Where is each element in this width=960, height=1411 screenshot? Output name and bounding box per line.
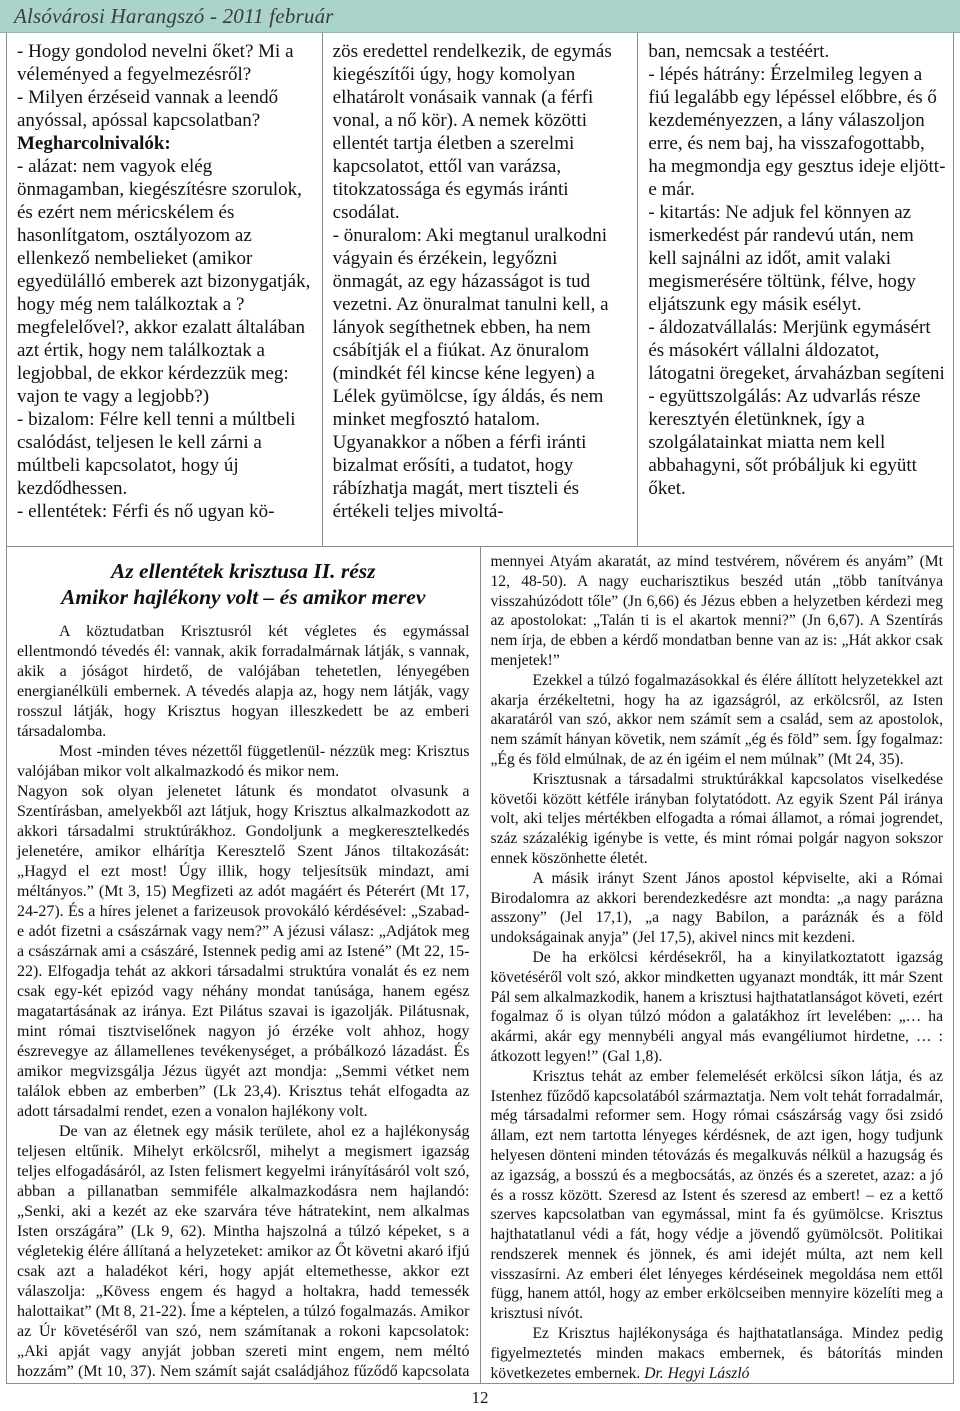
article-right-column: mennyei Atyám akaratát, az mind testvére… — [480, 547, 954, 1383]
paragraph: Ezekkel a túlzó fogalmazásokkal és élére… — [491, 671, 944, 770]
paragraph: Krisztusnak a társadalmi struktúrákkal k… — [491, 770, 944, 869]
paragraph: A másik irányt Szent János apostol képvi… — [491, 869, 944, 948]
paragraph: Ez Krisztus hajlékonysága és hajthatatla… — [491, 1324, 944, 1383]
newsletter-title: Alsóvárosi Harangszó - 2011 február — [14, 4, 334, 29]
page-footer: 12 — [0, 1384, 960, 1411]
paragraph: - együttszolgálás: Az udvarlás része ker… — [648, 385, 946, 500]
article-left-column: Az ellentétek krisztusa II. rész Amikor … — [7, 547, 480, 1383]
top-column-2: zös eredettel rendelkezik, de egymás kie… — [322, 33, 638, 546]
paragraph: - kitartás: Ne adjuk fel könnyen az isme… — [648, 201, 946, 316]
paragraph: - Hogy gondolod nevelni őket? Mi a vélem… — [17, 40, 315, 86]
article-title-line2: Amikor hajlékony volt – és amikor merev — [17, 584, 470, 610]
top-column-1: - Hogy gondolod nevelni őket? Mi a vélem… — [7, 33, 322, 546]
paragraph: - alázat: nem vagyok elég önmagamban, ki… — [17, 155, 315, 408]
page-number: 12 — [472, 1388, 489, 1408]
paragraph: mennyei Atyám akaratát, az mind testvére… — [491, 552, 944, 671]
paragraph: - áldozatvállalás: Merjünk egymásért és … — [648, 316, 946, 385]
header-bar: Alsóvárosi Harangszó - 2011 február — [0, 0, 960, 33]
bottom-article-section: Az ellentétek krisztusa II. rész Amikor … — [7, 547, 953, 1383]
paragraph: Krisztus tehát az ember felemelését erkö… — [491, 1067, 944, 1324]
paragraph: Nagyon sok olyan jelenetet látunk és mon… — [17, 782, 470, 1122]
paragraph: - önuralom: Aki megtanul uralkodni vágya… — [333, 224, 631, 523]
paragraph: De ha erkölcsi kérdésekről, ha a kinyila… — [491, 948, 944, 1067]
content-frame: - Hogy gondolod nevelni őket? Mi a vélem… — [6, 33, 954, 1384]
paragraph: De van az életnek egy másik területe, ah… — [17, 1122, 470, 1383]
paragraph: A köztudatban Krisztusról két végletes é… — [17, 622, 470, 742]
paragraph: Megharcolnivalók: — [17, 132, 315, 155]
article-left-text: A köztudatban Krisztusról két végletes é… — [17, 622, 470, 1383]
paragraph: Most -minden téves nézettől függetlenül-… — [17, 742, 470, 782]
newsletter-page: Alsóvárosi Harangszó - 2011 február - Ho… — [0, 0, 960, 1411]
paragraph: ban, nemcsak a testéért. — [648, 40, 946, 63]
article-title-line1: Az ellentétek krisztusa II. rész — [17, 558, 470, 584]
top-column-3: ban, nemcsak a testéért.- lépés hátrány:… — [637, 33, 953, 546]
paragraph: zös eredettel rendelkezik, de egymás kie… — [333, 40, 631, 224]
paragraph: - bizalom: Félre kell tenni a múltbeli c… — [17, 408, 315, 500]
paragraph: - Milyen érzéseid vannak a leendő anyóss… — [17, 86, 315, 132]
paragraph: - lépés hátrány: Érzelmileg legyen a fiú… — [648, 63, 946, 201]
top-article-section: - Hogy gondolod nevelni őket? Mi a vélem… — [7, 33, 953, 547]
author-signature: Dr. Hegyi László — [644, 1365, 749, 1382]
article-title: Az ellentétek krisztusa II. rész Amikor … — [17, 558, 470, 610]
paragraph: - ellentétek: Férfi és nő ugyan kö- — [17, 500, 315, 523]
